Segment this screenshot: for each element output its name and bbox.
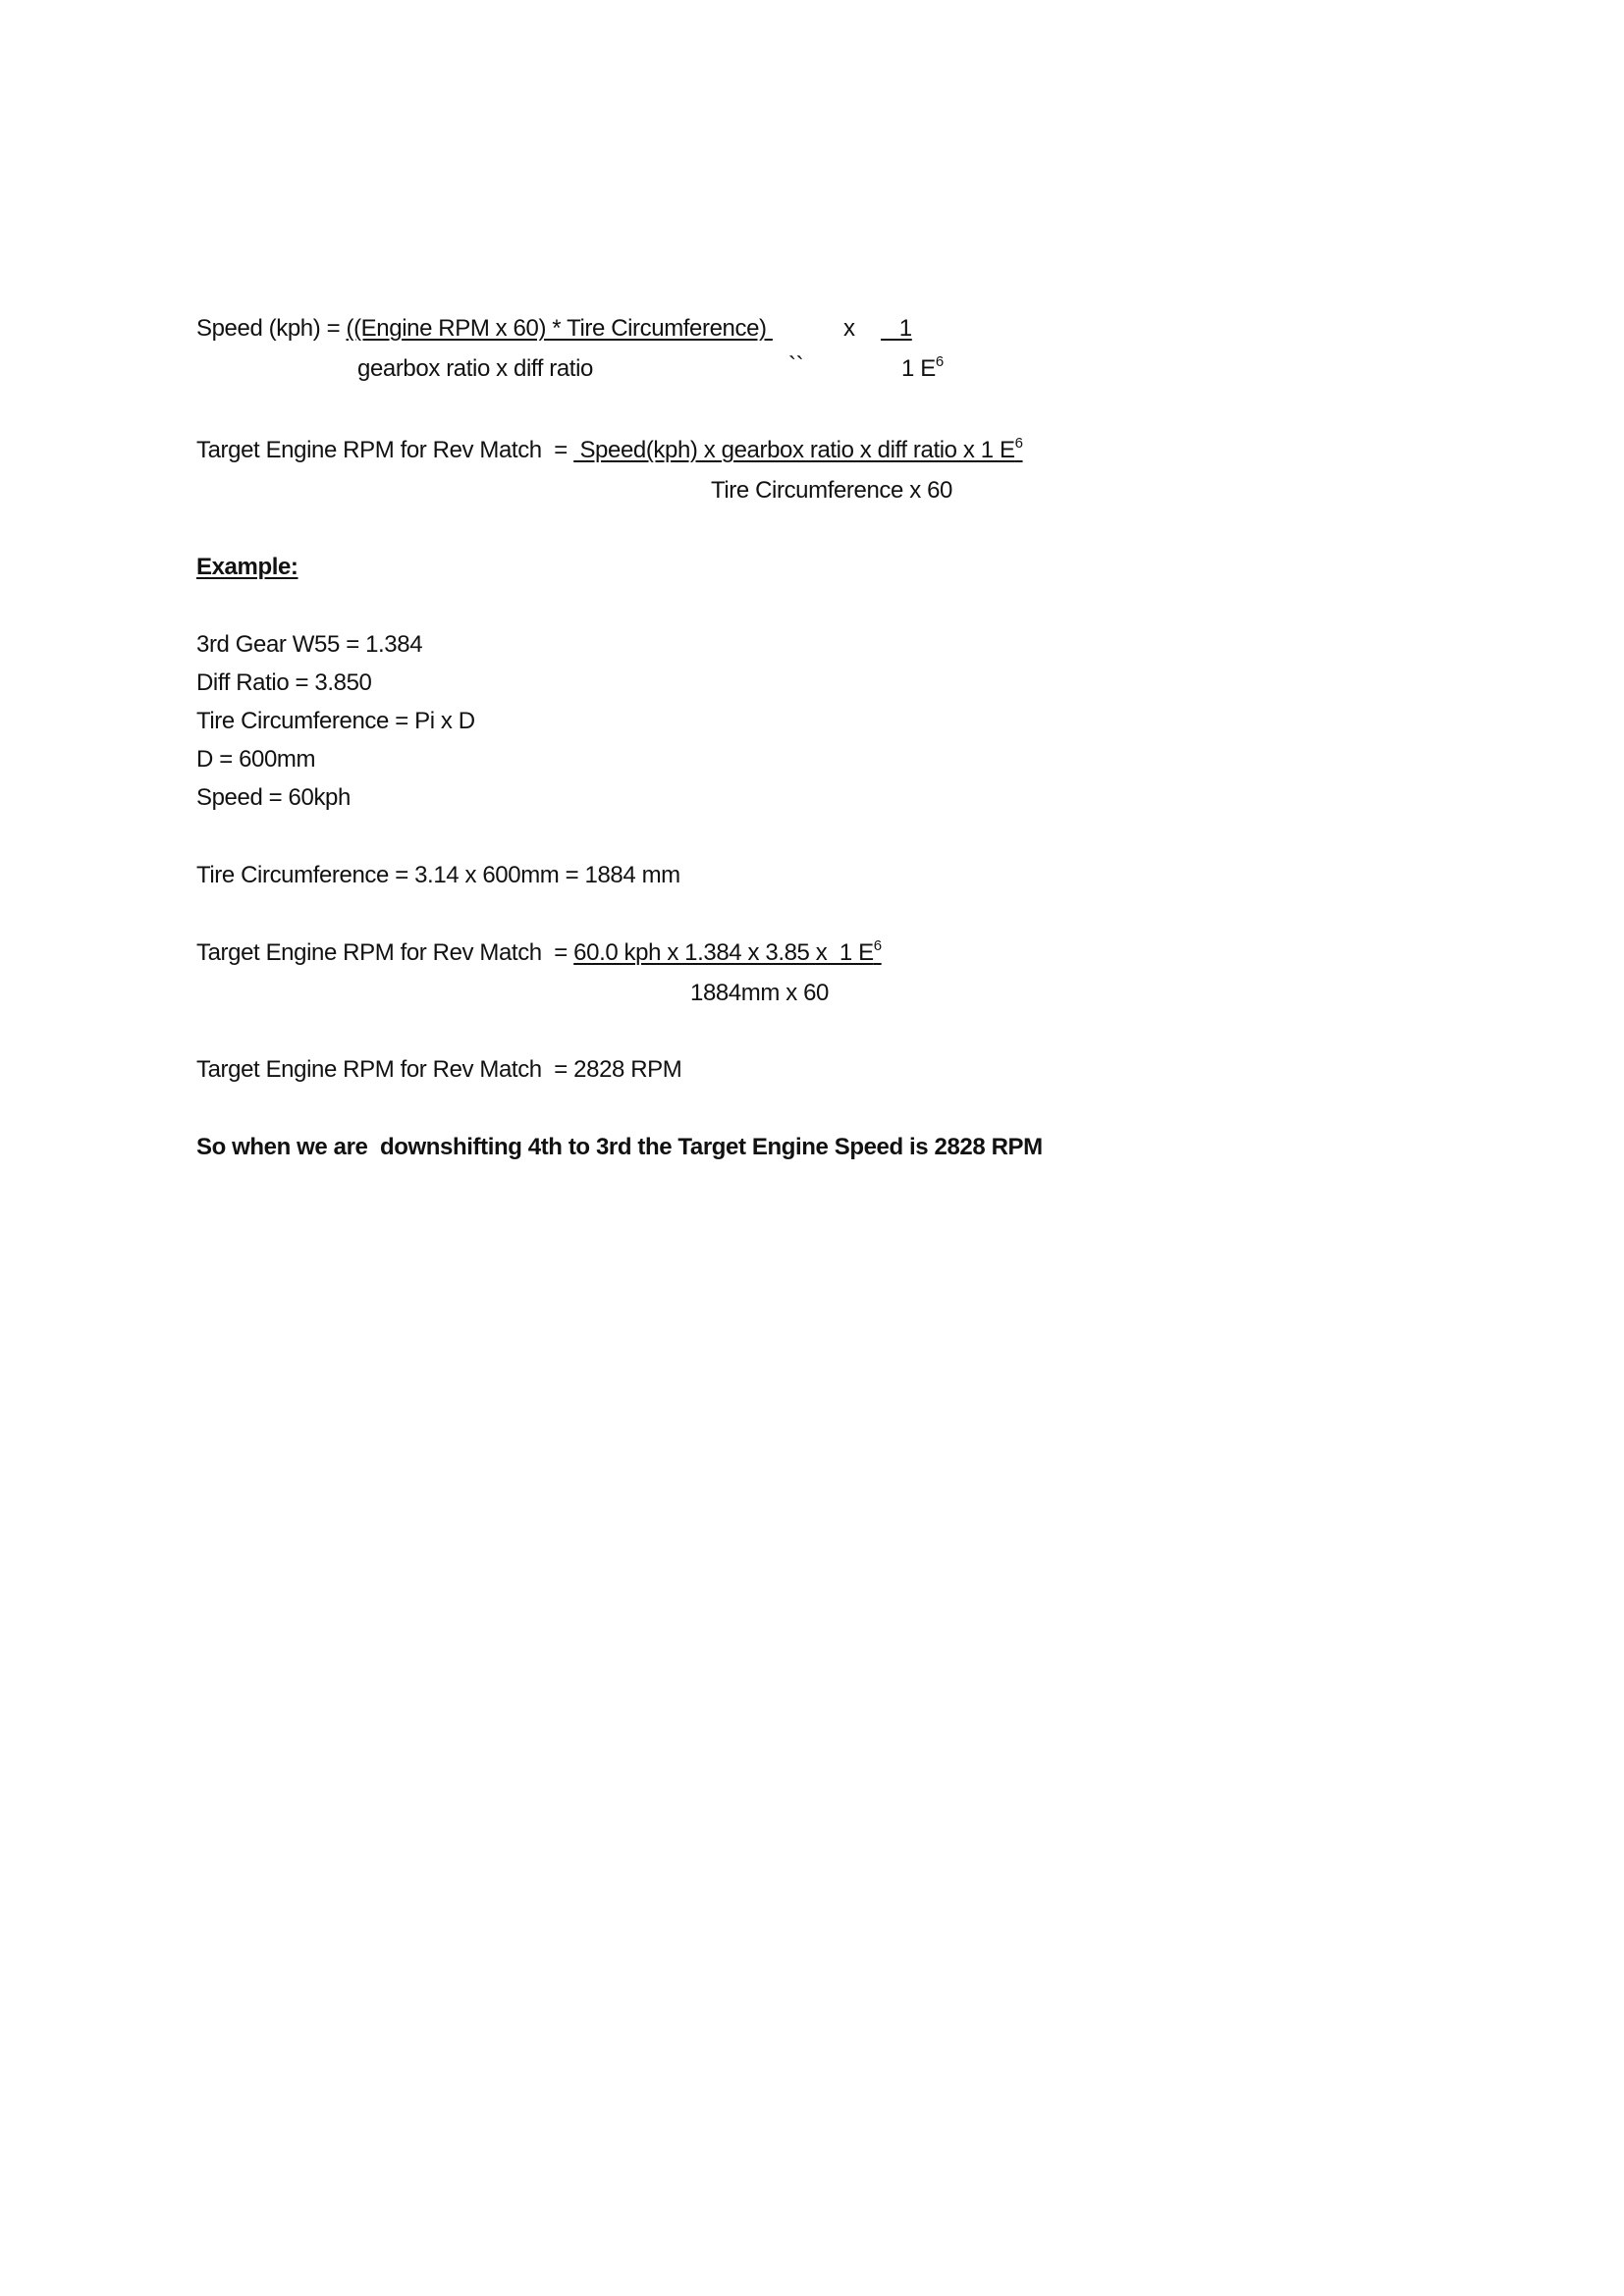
rpm-formula-numerator-line: Target Engine RPM for Rev Match = Speed(… [196, 436, 1023, 465]
given-diameter: D = 600mm [196, 745, 315, 774]
factor-denominator-exponent: 6 [936, 353, 944, 370]
rpm-formula-exponent: 6 [1015, 435, 1023, 452]
given-diff-ratio: Diff Ratio = 3.850 [196, 668, 371, 698]
rpm-calc-numerator: 60.0 kph x 1.384 x 3.85 x 1 E6 [573, 939, 882, 966]
rpm-formula-numerator: Speed(kph) x gearbox ratio x diff ratio … [573, 437, 1022, 463]
rpm-result: Target Engine RPM for Rev Match = 2828 R… [196, 1055, 681, 1085]
rpm-formula-lhs: Target Engine RPM for Rev Match = [196, 437, 573, 463]
factor-denominator-base: 1 E [901, 355, 936, 382]
rpm-calc-numerator-line: Target Engine RPM for Rev Match = 60.0 k… [196, 938, 882, 968]
rpm-calc-exponent: 6 [874, 937, 882, 954]
circumference-calc: Tire Circumference = 3.14 x 600mm = 1884… [196, 861, 680, 890]
given-speed: Speed = 60kph [196, 783, 351, 813]
speed-formula-numerator-line: Speed (kph) = ((Engine RPM x 60) * Tire … [196, 314, 773, 344]
speed-formula-times: x [843, 314, 855, 344]
speed-formula-lhs: Speed (kph) = [196, 315, 347, 342]
rpm-calc-lhs: Target Engine RPM for Rev Match = [196, 939, 573, 966]
given-tire-circumference: Tire Circumference = Pi x D [196, 707, 475, 736]
rpm-formula-numerator-text: Speed(kph) x gearbox ratio x diff ratio … [573, 437, 1014, 463]
speed-formula-numerator: ((Engine RPM x 60) * Tire Circumference) [347, 315, 773, 342]
rpm-calc-numerator-text: 60.0 kph x 1.384 x 3.85 x 1 E [573, 939, 874, 966]
rpm-formula-denominator: Tire Circumference x 60 [711, 476, 952, 506]
speed-formula-denominator: gearbox ratio x diff ratio [357, 354, 593, 384]
rpm-calc-denominator: 1884mm x 60 [690, 979, 829, 1008]
stray-mark: `` [788, 351, 803, 381]
document-page: Speed (kph) = ((Engine RPM x 60) * Tire … [0, 0, 1624, 2296]
speed-formula-factor-numerator: 1 [881, 314, 912, 344]
speed-formula-factor-denominator: 1 E6 [901, 354, 944, 384]
conclusion: So when we are downshifting 4th to 3rd t… [196, 1133, 1043, 1162]
example-heading: Example: [196, 553, 298, 582]
given-gear-ratio: 3rd Gear W55 = 1.384 [196, 630, 422, 660]
